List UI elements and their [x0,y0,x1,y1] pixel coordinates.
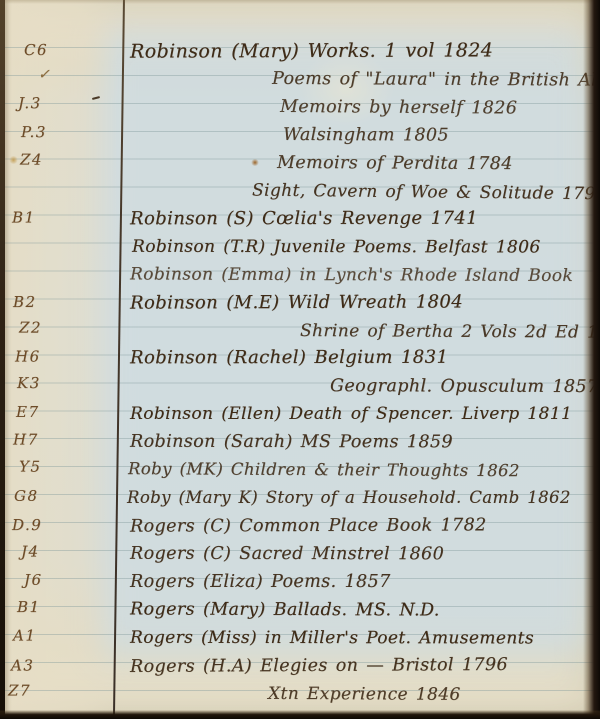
catalog-entry-row: B2 Robinson (M.E) Wild Wreath 1804 [0,287,600,317]
page-edge-left [0,0,5,719]
entry-text: Robinson (Sarah) MS Poems 1859 [130,428,453,457]
catalog-entry-row: Z7 Xtn Experience 1846 [0,678,600,709]
shelfmark-code: C6 [24,41,48,59]
entry-text: Robinson (Ellen) Death of Spencer. Liver… [130,400,572,428]
shelfmark-code: P.3 [21,123,47,141]
entry-text: Roby (Mary K) Story of a Household. Camb… [127,484,571,512]
shelfmark-code: A1 [13,626,36,644]
entry-text: Walsingham 1805 [283,121,449,150]
catalog-entry-row: K3 Geographl. Opusculum 1857 [0,371,600,401]
entry-text: Rogers (H.A) Elegies on — Bristol 1796 [130,651,508,681]
catalog-entry-row: Sight, Cavern of Woe & Solitude 1793 [0,174,600,208]
catalog-entry-row: A1 Rogers (Miss) in Miller's Poet. Amuse… [0,623,600,652]
shelfmark-code: Z4 [20,150,43,168]
entry-text: Robinson (T.R) Juvenile Poems. Belfast 1… [132,232,541,261]
catalog-entry-row: Z4 Memoirs of Perdita 1784 [0,147,600,178]
shelfmark-code: B2 [13,292,37,310]
catalog-entry-row: J4 Rogers (C) Sacred Minstrel 1860 [0,540,600,569]
page-edge-top [0,0,600,4]
catalog-entry-row: Z2 Shrine of Bertha 2 Vols 2d Ed 1796 [0,315,600,346]
shelfmark-code: H7 [13,431,39,449]
shelfmark-code: J6 [24,571,43,589]
shelfmark-code: K3 [17,374,41,392]
catalog-entry-row: G8 Roby (Mary K) Story of a Household. C… [0,484,600,512]
entry-text: Rogers (C) Sacred Minstrel 1860 [130,540,444,569]
entry-text: Poems of "Laura" in the British Album [272,65,600,95]
catalog-entry-row: H6 Robinson (Rachel) Belgium 1831 [0,344,600,373]
catalog-entry-row: J.3 Memoirs by herself 1826 [0,91,600,123]
catalog-entry-row: P.3 Walsingham 1805 [0,120,600,150]
page-edge-right [583,0,600,719]
shelfmark-code: Y5 [19,458,42,476]
page-edge-bottom [0,710,600,719]
shelfmark-code: Z2 [19,318,42,336]
shelfmark-code: B1 [12,208,36,226]
shelfmark-code: ✓ [38,67,51,83]
shelfmark-code: J4 [21,543,40,561]
entry-text: Robinson (Rachel) Belgium 1831 [130,344,448,373]
catalog-entry-row: H7 Robinson (Sarah) MS Poems 1859 [0,428,600,457]
catalog-entry-row: B1 Rogers (Mary) Ballads. MS. N.D. [0,595,600,625]
entry-text: Sight, Cavern of Woe & Solitude 1793 [252,176,600,208]
shelfmark-code: D.9 [12,516,42,534]
entry-text: Roby (MK) Children & their Thoughts 1862 [128,455,520,485]
shelfmark-code: H6 [15,348,41,366]
ledger-page-scan: C6 Robinson (Mary) Works. 1 vol 1824 ✓ P… [0,0,600,719]
entry-text: Rogers (Mary) Ballads. MS. N.D. [130,595,440,624]
shelfmark-code: G8 [14,487,39,505]
shelfmark-code: A3 [11,656,34,674]
catalog-entry-row: ✓ Poems of "Laura" in the British Album [0,63,600,94]
entry-text: Shrine of Bertha 2 Vols 2d Ed 1796 [300,317,600,347]
catalog-entry-row: J6 Rogers (Eliza) Poems. 1857 [0,568,600,596]
shelfmark-code: E7 [16,403,40,421]
entry-list: C6 Robinson (Mary) Works. 1 vol 1824 ✓ P… [0,0,600,719]
shelfmark-code: Z7 [8,681,31,699]
entry-text: Rogers (C) Common Place Book 1782 [130,511,487,540]
entry-text: Robinson (S) Cœlia's Revenge 1741 [130,204,478,233]
catalog-entry-row: A3 Rogers (H.A) Elegies on — Bristol 179… [0,650,600,681]
entry-text: Robinson (Emma) in Lynch's Rhode Island … [130,260,573,290]
entry-text: Rogers (Miss) in Miller's Poet. Amusemen… [130,624,534,653]
catalog-entry-row: C6 Robinson (Mary) Works. 1 vol 1824 [0,36,600,66]
entry-text: Xtn Experience 1846 [268,680,461,709]
catalog-entry-row: Y5 Roby (MK) Children & their Thoughts 1… [0,455,600,486]
catalog-entry-row: Robinson (Emma) in Lynch's Rhode Island … [0,260,600,290]
catalog-entry-row: Robinson (T.R) Juvenile Poems. Belfast 1… [0,232,600,261]
entry-text: Robinson (M.E) Wild Wreath 1804 [130,288,463,317]
catalog-entry-row: B1 Robinson (S) Cœlia's Revenge 1741 [0,204,600,233]
entry-text: Rogers (Eliza) Poems. 1857 [130,568,391,596]
entry-text: Memoirs of Perdita 1784 [277,149,513,178]
shelfmark-code: B1 [17,598,41,616]
shelfmark-code: J.3 [18,94,42,112]
entry-text: Geographl. Opusculum 1857 [330,372,599,401]
catalog-entry-row: D.9 Rogers (C) Common Place Book 1782 [0,511,600,541]
entry-text: Robinson (Mary) Works. 1 vol 1824 [130,36,493,65]
entry-text: Memoirs by herself 1826 [280,93,517,123]
catalog-entry-row: E7 Robinson (Ellen) Death of Spencer. Li… [0,400,600,428]
